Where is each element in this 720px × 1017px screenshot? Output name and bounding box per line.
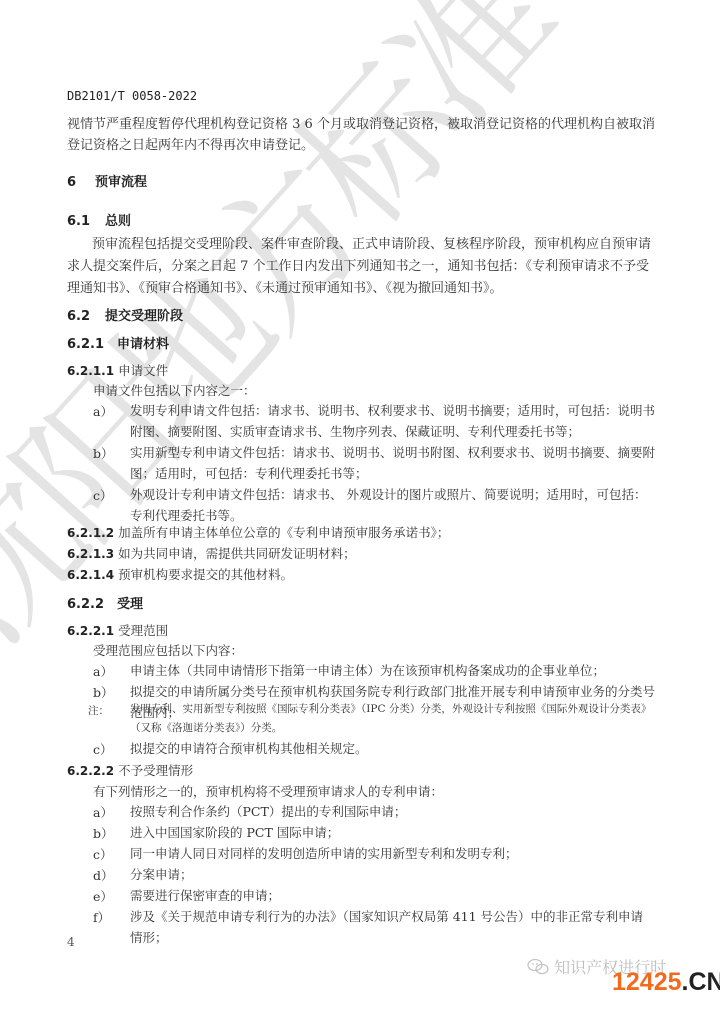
section-number: 6.2.1.1 [67, 364, 114, 378]
section-6-1-heading: 6.1总则 [67, 210, 131, 229]
page-number: 4 [67, 935, 75, 949]
section-6-2-1-heading: 6.2.1申请材料 [67, 333, 169, 352]
section-number: 6.1 [67, 214, 105, 229]
intro-line-2: 登记资格之日起两年内不得再次申请登记。 [67, 135, 314, 157]
list-item: 分案申请； [130, 864, 655, 885]
list-item: 申请主体（共同申请情形下指第一申请主体）为在该预审机构备案成功的企事业单位； [130, 660, 655, 681]
section-number: 6.2 [67, 309, 105, 324]
brand-number: 12425 [612, 968, 682, 996]
section-title: 预审流程 [95, 175, 147, 190]
list-marker: f） [93, 908, 110, 926]
section-title: 受理 [117, 597, 143, 612]
list-item: 进入中国国家阶段的 PCT 国际申请； [130, 822, 655, 843]
list-marker: b） [93, 824, 114, 842]
brand-suffix: .CN [682, 968, 720, 996]
section-number: 6 [67, 175, 95, 190]
intro-line-1: 视情节严重程度暂停代理机构登记资格 3 6 个月或取消登记资格，被取消登记资格的… [67, 114, 655, 136]
section-number: 6.2.1.2 [67, 526, 114, 540]
section-title: 不予受理情形 [118, 763, 193, 778]
list-marker: e） [93, 887, 113, 905]
section-number: 6.2.2.1 [67, 624, 114, 638]
general-line-3: 理通知书》、《预审合格通知书》、《未通过预审通知书》、《视为撤回通知书》。 [67, 278, 503, 300]
list-item: 同一申请人同日对同样的发明创造所申请的实用新型专利和发明专利； [130, 843, 655, 864]
wechat-icon [527, 958, 549, 976]
list-item: 涉及《关于规范申请专利行为的办法》（国家知识产权局第 411 号公告）中的非正常… [130, 906, 655, 948]
document-page: 沈阳地方标准 DB2101/T 0058-2022 视情节严重程度暂停代理机构登… [0, 0, 720, 1017]
list-marker: a） [93, 402, 113, 420]
section-number: 6.2.2 [67, 597, 117, 612]
list-item: 需要进行保密审查的申请； [130, 885, 655, 906]
section-6-2-1-4: 6.2.1.4 预审机构要求提交的其他材料。 [67, 565, 293, 583]
section-6-2-2-heading: 6.2.2受理 [67, 593, 143, 612]
section-6-2-2-2-heading: 6.2.2.2 不予受理情形 [67, 761, 193, 779]
section-title: 申请文件 [118, 363, 168, 378]
list-item: 发明专利申请文件包括：请求书、说明书、权利要求书、说明书摘要；适用时，可包括：说… [130, 400, 655, 442]
list-item: 拟提交的申请符合预审机构其他相关规定。 [130, 738, 655, 759]
section-6-2-1-2: 6.2.1.2 加盖所有申请主体单位公章的《专利申请预审服务承诺书》； [67, 523, 449, 541]
section-number: 6.2.1.3 [67, 547, 114, 561]
list-item: 按照专利合作条约（PCT）提出的专利国际申请； [130, 801, 655, 822]
section-text: 预审机构要求提交的其他材料。 [118, 567, 293, 582]
application-docs-lead: 申请文件包括以下内容之一： [93, 381, 256, 399]
list-marker: c） [93, 845, 113, 863]
list-item: 外观设计专利申请文件包括：请求书、 外观设计的图片或照片、简要说明；适用时，可包… [130, 484, 655, 526]
section-6-2-1-1-heading: 6.2.1.1 申请文件 [67, 361, 168, 379]
section-6-2-1-3: 6.2.1.3 如为共同申请，需提供共同研发证明材料； [67, 544, 356, 562]
list-marker: c） [93, 486, 113, 504]
list-marker: a） [93, 803, 113, 821]
section-title: 受理范围 [118, 623, 168, 638]
section-6-2-2-1-heading: 6.2.2.1 受理范围 [67, 621, 168, 639]
list-marker: b） [93, 444, 114, 462]
list-item: 实用新型专利申请文件包括：请求书、说明书、说明书附图、权利要求书、说明书摘要、摘… [130, 442, 655, 484]
section-title: 提交受理阶段 [105, 309, 183, 324]
section-title: 申请材料 [117, 337, 169, 352]
note-text: 发明专利、实用新型专利按照《国际专利分类表》（IPC 分类）分类，外观设计专利按… [130, 700, 655, 738]
acceptance-scope-lead: 受理范围应包括以下内容： [93, 641, 243, 659]
list-marker: b） [93, 683, 114, 701]
section-title: 总则 [105, 214, 131, 229]
section-number: 6.2.1.4 [67, 568, 114, 582]
site-brand-logo: 12425.CN [612, 968, 720, 997]
general-line-1: 预审流程包括提交受理阶段、案件审查阶段、正式申请阶段、复核程序阶段，预审机构应自… [92, 234, 651, 256]
general-line-2: 求人提交案件后，分案之日起 7 个工作日内发出下列通知书之一，通知书包括：《专利… [67, 256, 649, 278]
section-6-2-heading: 6.2提交受理阶段 [67, 305, 183, 324]
section-text: 加盖所有申请主体单位公章的《专利申请预审服务承诺书》； [118, 525, 449, 540]
section-number: 6.2.1 [67, 337, 117, 352]
list-marker: d） [93, 866, 114, 884]
note-label: 注： [88, 702, 109, 721]
list-marker: c） [93, 740, 113, 758]
section-text: 如为共同申请，需提供共同研发证明材料； [118, 546, 356, 561]
list-marker: a） [93, 662, 113, 680]
standard-code: DB2101/T 0058-2022 [67, 89, 197, 103]
section-6-heading: 6预审流程 [67, 171, 147, 190]
rejection-lead: 有下列情形之一的，预审机构将不受理预审请求人的专利申请： [93, 782, 443, 800]
section-number: 6.2.2.2 [67, 764, 114, 778]
